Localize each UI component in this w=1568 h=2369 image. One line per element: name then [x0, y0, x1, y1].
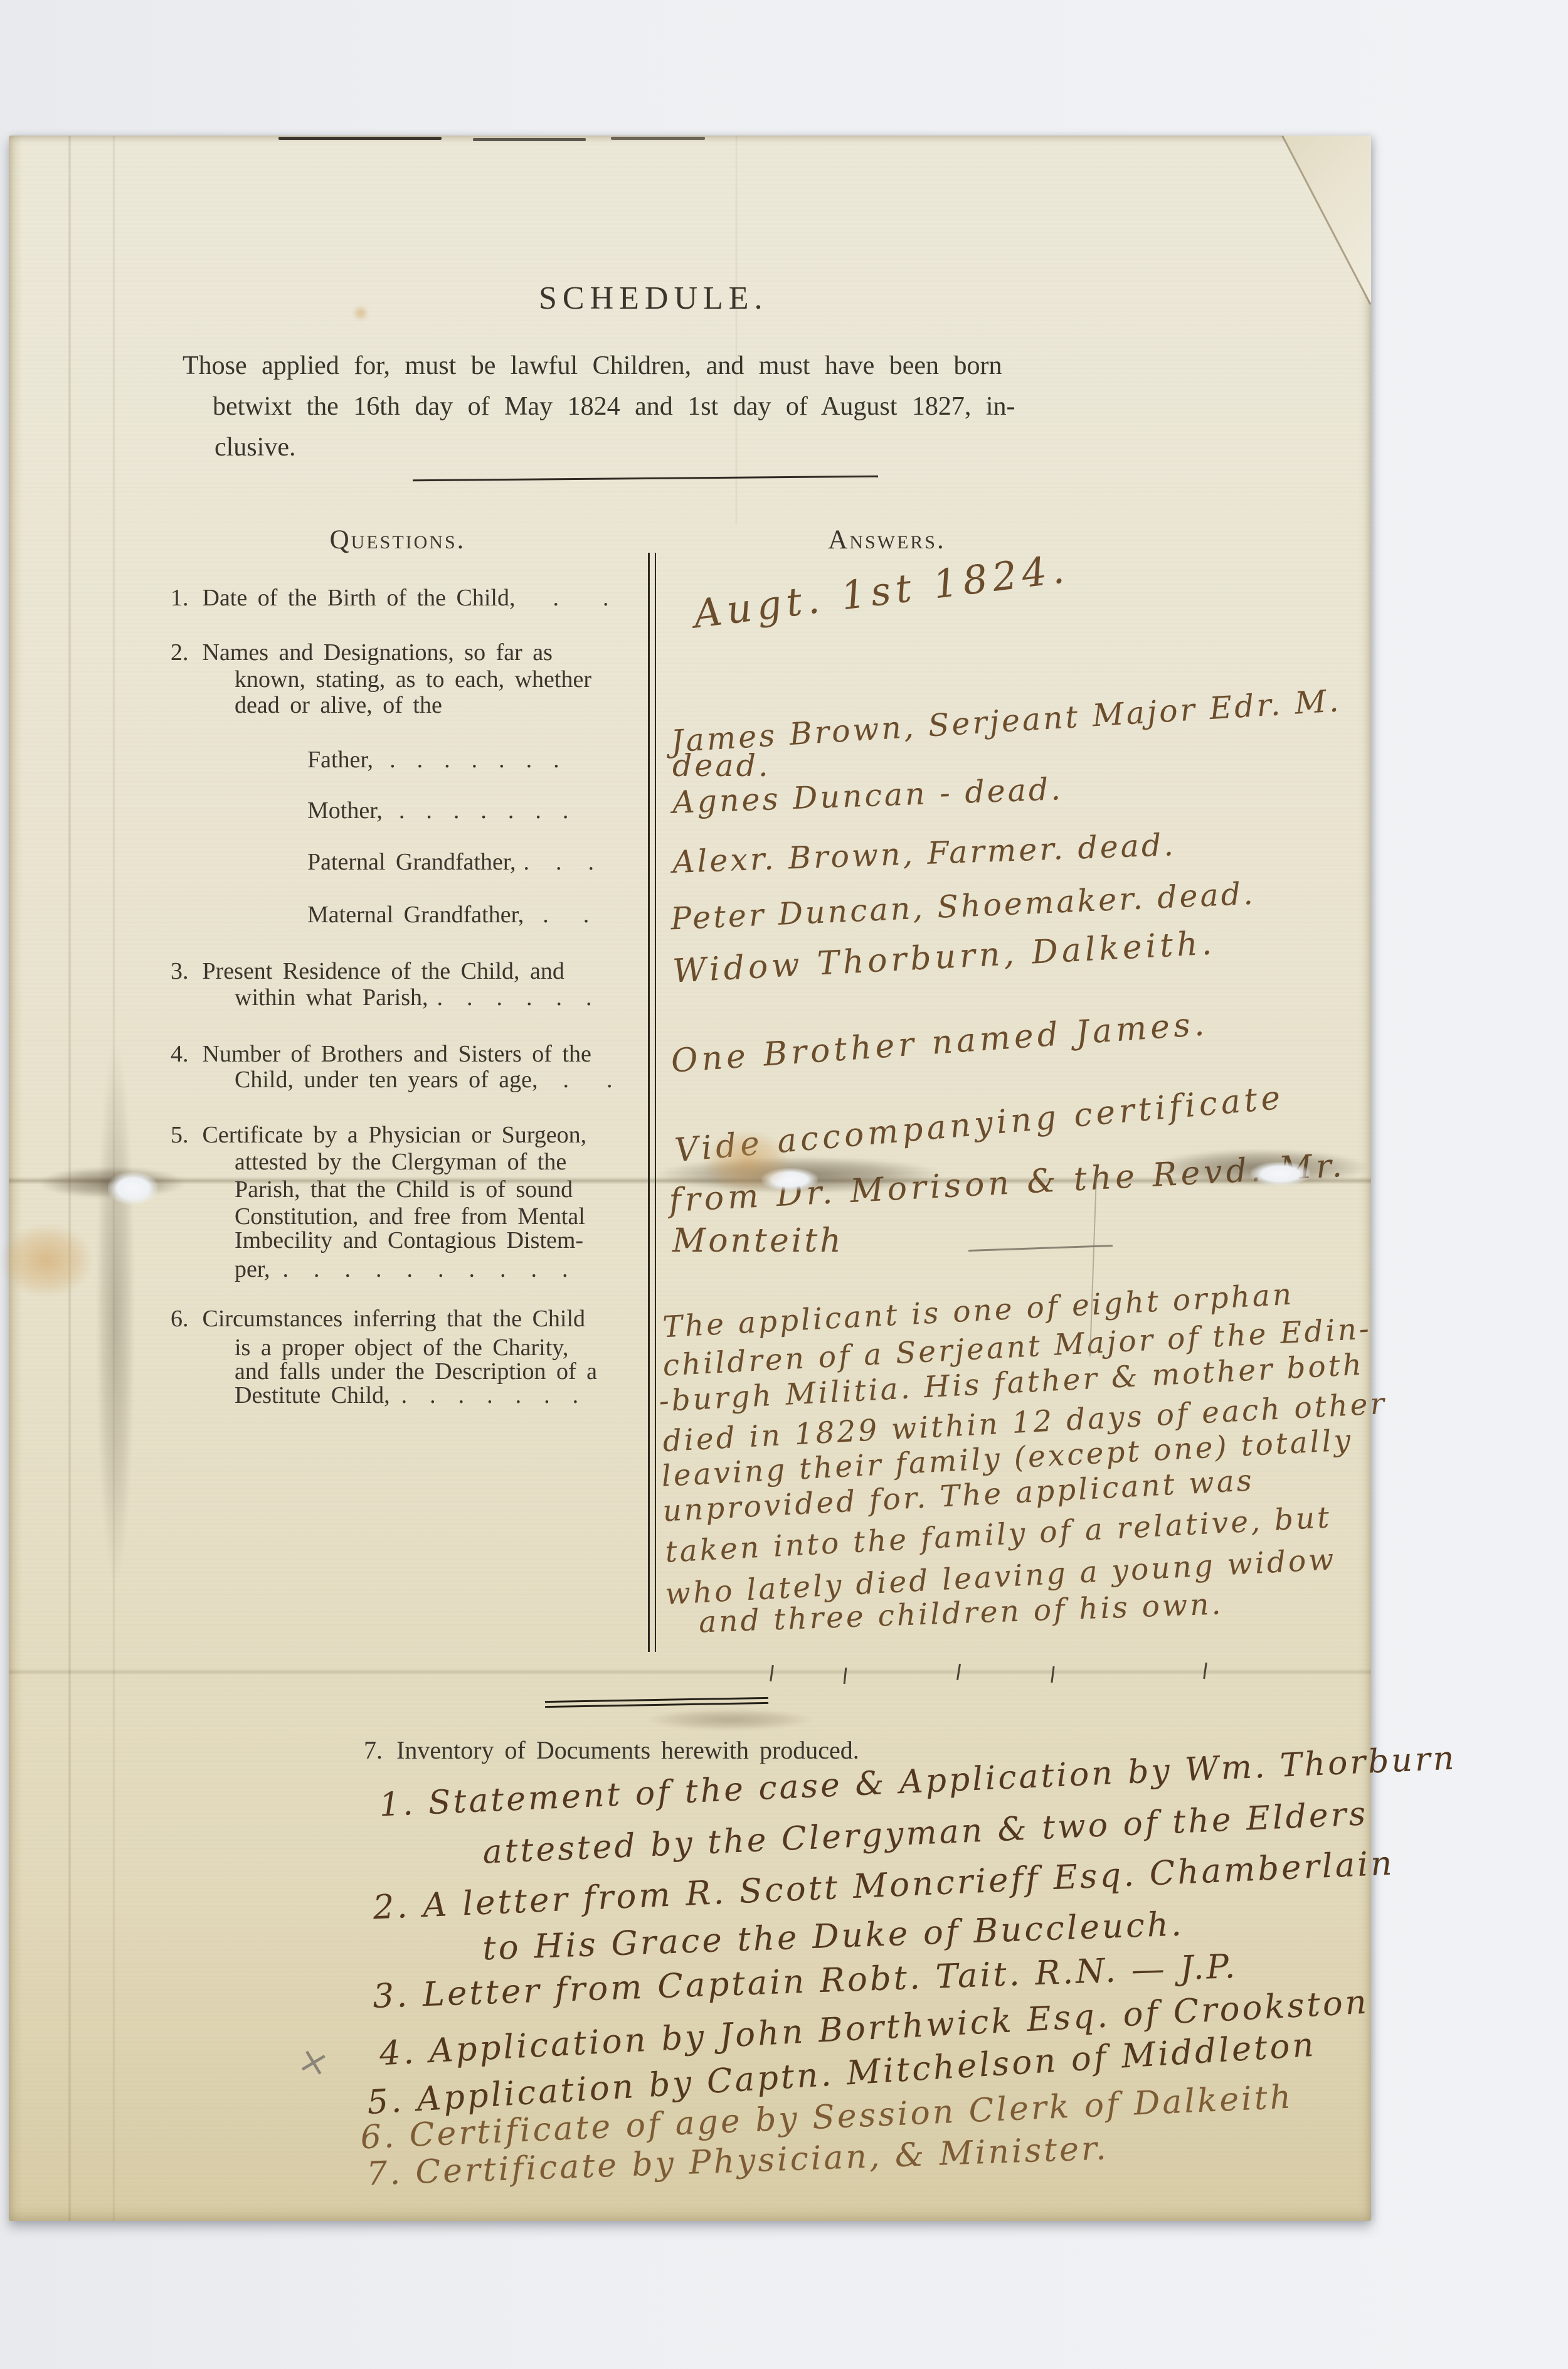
question-3-line-2: within what Parish,...... [235, 984, 615, 1011]
mother-row-label: Mother,....... [307, 797, 590, 824]
question-6-line-1: 6.Circumstances inferring that the Child [171, 1305, 585, 1333]
paternal-leader-dots: ... [524, 849, 621, 875]
question-5-line-1: 5.Certificate by a Physician or Surgeon, [171, 1121, 586, 1149]
question-3-text-2: within what Parish, [235, 984, 428, 1011]
answer-paternal-grandfather: Alexr. Brown, Farmer. dead. [672, 827, 1176, 880]
question-5-leader-dots: .......... [283, 1256, 593, 1282]
question-6-text-4: Destitute Child, [235, 1382, 390, 1408]
question-5-text: Certificate by a Physician or Surgeon, [203, 1122, 587, 1148]
question-5-line-5: Imbecility and Contagious Distem- [235, 1227, 583, 1254]
question-5-number: 5. [171, 1122, 189, 1148]
smudge-above-inventory [649, 1709, 812, 1730]
margin-x-mark: × [294, 2037, 334, 2086]
center-fold-crease [735, 136, 738, 524]
question-1-leader-dots: .. [553, 585, 652, 611]
intro-line-1: Those applied for, must be lawful Childr… [183, 351, 1002, 381]
maternal-grandfather-label: Maternal Grandfather, [307, 902, 524, 928]
inventory-heading-text: Inventory of Documents herewith produced… [396, 1736, 859, 1764]
question-6-line-4: Destitute Child,....... [235, 1381, 601, 1409]
question-3-number: 3. [171, 958, 189, 984]
intro-line-2: betwixt the 16th day of May 1824 and 1st… [213, 391, 1015, 422]
question-4-line-2: Child, under ten years of age,.. [235, 1066, 650, 1094]
scanned-document-page: { "header": { "title": "SCHEDULE.", "int… [0, 0, 1568, 2369]
question-3-line-1: 3.Present Residence of the Child, and [171, 957, 564, 985]
page-title: SCHEDULE. [539, 280, 752, 317]
answer-siblings: One Brother named James. [670, 1005, 1209, 1080]
maternal-grandfather-row-label: Maternal Grandfather,.. [307, 901, 623, 929]
stain-speck-top [354, 306, 368, 320]
father-label: Father, [307, 747, 373, 773]
intro-line-3: clusive. [215, 432, 295, 462]
question-3-text: Present Residence of the Child, and [203, 958, 564, 984]
father-row-label: Father,....... [307, 746, 581, 774]
question-5-text-6: per, [235, 1256, 270, 1282]
inventory-heading: 7.Inventory of Documents herewith produc… [364, 1735, 859, 1765]
question-2-line-3: dead or alive, of the [235, 691, 442, 719]
maternal-leader-dots: .. [543, 902, 623, 928]
inventory-heading-number: 7. [364, 1736, 383, 1764]
question-2-number: 2. [171, 639, 189, 666]
mother-leader-dots: ....... [399, 797, 590, 824]
answer-residence: Widow Thorburn, Dalkeith. [672, 924, 1216, 990]
question-1-number: 1. [171, 585, 189, 611]
column-divider-rule [648, 553, 656, 1652]
question-6-number: 6. [171, 1306, 189, 1332]
answer-father-line-2: dead. [672, 748, 771, 784]
document-paper-sheet: SCHEDULE. Those applied for, must be law… [9, 136, 1371, 2221]
top-edge-mark [278, 137, 442, 140]
question-4-text-2: Child, under ten years of age, [235, 1067, 538, 1093]
header-rule [413, 476, 878, 481]
answers-column-heading: Answers. [812, 524, 962, 555]
question-2-line-1: 2.Names and Designations, so far as [171, 639, 553, 666]
left-crease-smudge [97, 1045, 134, 1578]
question-3-leader-dots: ...... [437, 984, 615, 1011]
top-edge-mark [473, 138, 586, 141]
top-edge-mark [611, 137, 705, 140]
pencil-dash-mark [968, 1245, 1113, 1252]
question-2-line-2: known, stating, as to each, whether [235, 666, 591, 693]
answer-certificate-line-3: Monteith [672, 1222, 844, 1260]
answer-father-line-1: James Brown, Serjeant Major Edr. M. [670, 683, 1342, 759]
paternal-grandfather-row-label: Paternal Grandfather,... [307, 848, 620, 876]
mother-label: Mother, [307, 797, 383, 824]
questions-column-heading: Questions. [316, 524, 479, 555]
question-4-text: Number of Brothers and Sisters of the [203, 1041, 591, 1067]
question-5-line-3: Parish, that the Child is of sound [235, 1176, 573, 1203]
question-4-line-1: 4.Number of Brothers and Sisters of the [171, 1040, 591, 1068]
question-1: 1.Date of the Birth of the Child,.. [171, 584, 652, 612]
question-4-leader-dots: .. [563, 1067, 650, 1093]
question-1-text: Date of the Birth of the Child, [203, 585, 516, 611]
inventory-separator-rule [545, 1697, 768, 1708]
question-5-line-6: per,.......... [235, 1255, 593, 1283]
father-leader-dots: ....... [389, 747, 581, 773]
horizontal-fold-crease-lower [9, 1669, 1371, 1675]
orange-stain-left [3, 1226, 90, 1295]
question-4-number: 4. [171, 1041, 189, 1067]
question-6-leader-dots: ....... [401, 1382, 601, 1408]
answer-birth-date: Augt. 1st 1824. [691, 546, 1072, 637]
question-5-line-2: attested by the Clergyman of the [235, 1148, 566, 1176]
question-6-text: Circumstances inferring that the Child [203, 1306, 586, 1332]
paternal-grandfather-label: Paternal Grandfather, [307, 849, 516, 875]
question-2-text: Names and Designations, so far as [203, 639, 553, 666]
